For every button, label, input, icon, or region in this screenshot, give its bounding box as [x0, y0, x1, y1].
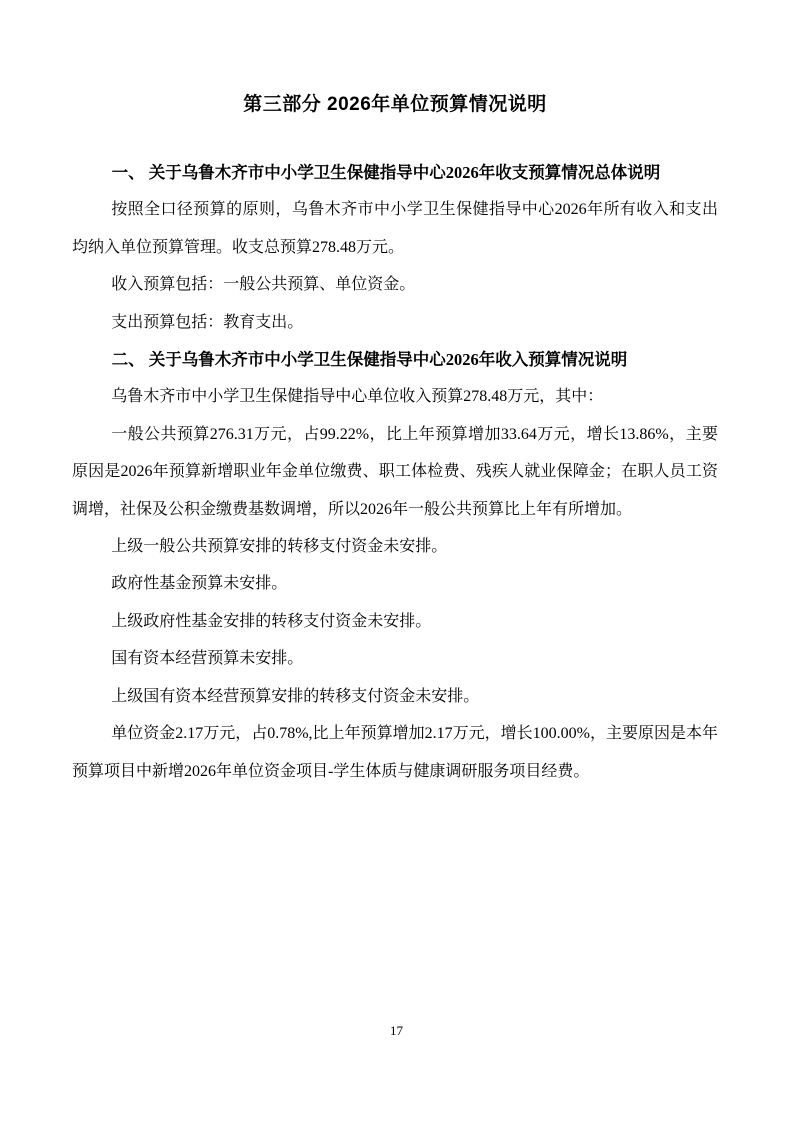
paragraph: 政府性基金预算未安排。	[72, 565, 718, 602]
document-body: 第三部分 2026年单位预算情况说明 一、 关于乌鲁木齐市中小学卫生保健指导中心…	[72, 0, 718, 790]
paragraph: 按照全口径预算的原则，乌鲁木齐市中小学卫生保健指导中心2026年所有收入和支出均…	[72, 191, 718, 266]
paragraph: 国有资本经营预算未安排。	[72, 640, 718, 677]
page-number: 17	[0, 1023, 793, 1039]
paragraph: 上级国有资本经营预算安排的转移支付资金未安排。	[72, 678, 718, 715]
section-1: 一、 关于乌鲁木齐市中小学卫生保健指导中心2026年收支预算情况总体说明 按照全…	[72, 154, 718, 341]
paragraph: 支出预算包括：教育支出。	[72, 304, 718, 341]
paragraph: 上级政府性基金安排的转移支付资金未安排。	[72, 603, 718, 640]
paragraph: 乌鲁木齐市中小学卫生保健指导中心单位收入预算278.48万元，其中：	[72, 378, 718, 415]
document-title: 第三部分 2026年单位预算情况说明	[72, 92, 718, 117]
section-2: 二、 关于乌鲁木齐市中小学卫生保健指导中心2026年收入预算情况说明 乌鲁木齐市…	[72, 341, 718, 790]
paragraph: 上级一般公共预算安排的转移支付资金未安排。	[72, 528, 718, 565]
paragraph: 一般公共预算276.31万元，占99.22%，比上年预算增加33.64万元，增长…	[72, 416, 718, 528]
section-1-heading: 一、 关于乌鲁木齐市中小学卫生保健指导中心2026年收支预算情况总体说明	[72, 154, 718, 191]
document-page: 第三部分 2026年单位预算情况说明 一、 关于乌鲁木齐市中小学卫生保健指导中心…	[0, 0, 793, 1122]
section-2-heading: 二、 关于乌鲁木齐市中小学卫生保健指导中心2026年收入预算情况说明	[72, 341, 718, 378]
paragraph: 单位资金2.17万元，占0.78%,比上年预算增加2.17万元，增长100.00…	[72, 715, 718, 790]
paragraph: 收入预算包括：一般公共预算、单位资金。	[72, 266, 718, 303]
